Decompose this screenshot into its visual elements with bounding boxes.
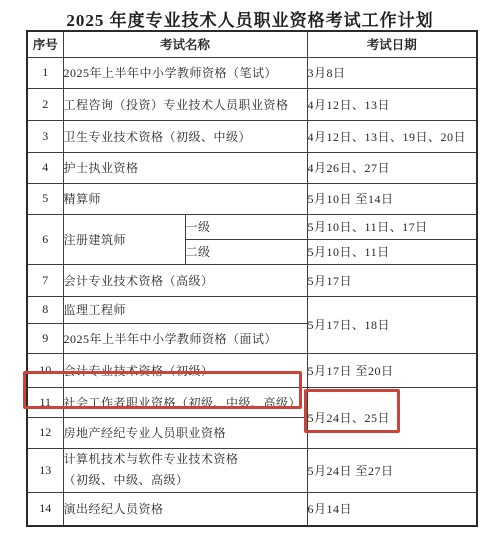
table-row: 1 2025年上半年中小学教师资格（笔试） 3月8日 (27, 57, 477, 88)
cell-date: 5月17日、18日 (307, 296, 477, 353)
cell-no: 14 (27, 492, 63, 526)
cell-name: 工程咨询（投资）专业技术人员职业资格 (63, 88, 307, 120)
cell-name: 卫生专业技术资格（初级、中级） (63, 120, 307, 152)
cell-no: 7 (27, 264, 63, 296)
cell-date: 4月12日、13日 (307, 88, 477, 120)
exam-schedule-table: 序号 考试名称 考试日期 1 2025年上半年中小学教师资格（笔试） 3月8日 … (26, 30, 478, 527)
cell-date: 5月17日 (307, 264, 477, 296)
cell-date: 6月14日 (307, 492, 477, 526)
page-title: 2025 年度专业技术人员职业资格考试工作计划 (0, 0, 500, 31)
cell-name-line1: 计算机技术与软件专业技术资格 (64, 449, 307, 470)
table-row: 4 护士执业资格 4月26日、27日 (27, 152, 477, 183)
cell-name: 注册建筑师 (63, 214, 185, 264)
cell-date: 5月10日、11日、17日 (307, 214, 477, 239)
cell-name: 社会工作者职业资格（初级、中级、高级） (63, 387, 307, 417)
cell-sublevel: 一级 (185, 214, 307, 239)
cell-no: 3 (27, 120, 63, 152)
table-row: 2 工程咨询（投资）专业技术人员职业资格 4月12日、13日 (27, 88, 477, 120)
cell-date: 5月17日 至20日 (307, 353, 477, 387)
cell-no: 9 (27, 323, 63, 353)
table-row: 3 卫生专业技术资格（初级、中级） 4月12日、13日、19日、20日 (27, 120, 477, 152)
cell-name: 2025年上半年中小学教师资格（面试） (63, 323, 307, 353)
table-row: 7 会计专业技术资格（高级） 5月17日 (27, 264, 477, 296)
cell-name: 会计专业技术资格（高级） (63, 264, 307, 296)
table-row: 10 会计专业技术资格（初级） 5月17日 至20日 (27, 353, 477, 387)
cell-no: 2 (27, 88, 63, 120)
cell-no: 10 (27, 353, 63, 387)
cell-date: 3月8日 (307, 57, 477, 88)
header-date: 考试日期 (307, 31, 477, 57)
cell-name: 计算机技术与软件专业技术资格 （初级、中级、高级） (63, 448, 307, 492)
cell-name: 演出经纪人员资格 (63, 492, 307, 526)
cell-no: 4 (27, 152, 63, 183)
cell-name-line2: （初级、中级、高级） (64, 470, 307, 491)
document-page: 2025 年度专业技术人员职业资格考试工作计划 序号 考试名称 考试日期 1 2… (0, 0, 500, 538)
table-row: 13 计算机技术与软件专业技术资格 （初级、中级、高级） 5月24日 至27日 (27, 448, 477, 492)
cell-name: 会计专业技术资格（初级） (63, 353, 307, 387)
header-no: 序号 (27, 31, 63, 57)
cell-name: 房地产经纪专业人员职业资格 (63, 417, 307, 448)
cell-date: 5月24日 至27日 (307, 448, 477, 492)
cell-name: 2025年上半年中小学教师资格（笔试） (63, 57, 307, 88)
table-row: 5 精算师 5月10日 至14日 (27, 183, 477, 214)
cell-no: 12 (27, 417, 63, 448)
cell-date: 5月10日 至14日 (307, 183, 477, 214)
cell-no: 5 (27, 183, 63, 214)
header-row: 序号 考试名称 考试日期 (27, 31, 477, 57)
table-row: 8 监理工程师 5月17日、18日 (27, 296, 477, 323)
table-row: 6 注册建筑师 一级 5月10日、11日、17日 (27, 214, 477, 239)
cell-name: 精算师 (63, 183, 307, 214)
cell-no: 6 (27, 214, 63, 264)
cell-no: 8 (27, 296, 63, 323)
cell-date: 5月10日、11日 (307, 239, 477, 264)
table-row-highlighted: 11 社会工作者职业资格（初级、中级、高级） 5月24日、25日 (27, 387, 477, 417)
cell-date: 5月24日、25日 (307, 387, 477, 448)
cell-name: 监理工程师 (63, 296, 307, 323)
header-name: 考试名称 (63, 31, 307, 57)
cell-no: 1 (27, 57, 63, 88)
cell-date: 4月12日、13日、19日、20日 (307, 120, 477, 152)
cell-date: 4月26日、27日 (307, 152, 477, 183)
cell-no: 13 (27, 448, 63, 492)
table-row: 14 演出经纪人员资格 6月14日 (27, 492, 477, 526)
cell-name: 护士执业资格 (63, 152, 307, 183)
cell-sublevel: 二级 (185, 239, 307, 264)
cell-no: 11 (27, 387, 63, 417)
